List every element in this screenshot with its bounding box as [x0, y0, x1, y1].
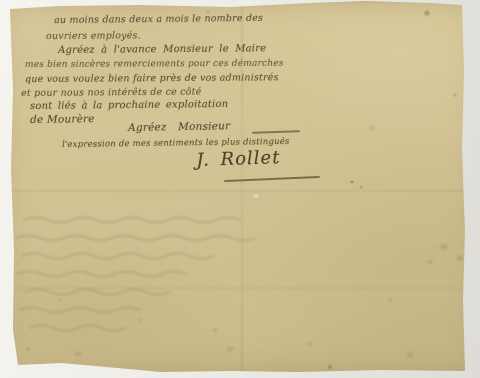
letter-scan: au moins dans deux a mois le nombre des …: [0, 0, 480, 378]
handwritten-line: mes bien sincères remerciements pour ces…: [25, 59, 284, 70]
handwritten-line: et pour nous nos intérêts de ce côté: [21, 86, 201, 99]
handwritten-line: de Mourère: [30, 113, 95, 126]
handwritten-line: au moins dans deux a mois le nombre des: [54, 13, 263, 26]
handwritten-line: que vous voulez bien faire près de vos a…: [25, 72, 279, 85]
ink-bleedthrough: [12, 212, 322, 342]
handwritten-line: ouvriers employés.: [46, 30, 141, 42]
handwritten-line: Agréez à l'avance Monsieur le Maire: [58, 43, 266, 56]
closing-salutation-line: Agréez Monsieur: [128, 120, 230, 134]
signature: J. Rollet: [196, 147, 281, 171]
aged-paper-sheet: au moins dans deux a mois le nombre des …: [0, 0, 480, 378]
handwritten-line: sont liés à la prochaine exploitation: [30, 99, 228, 112]
